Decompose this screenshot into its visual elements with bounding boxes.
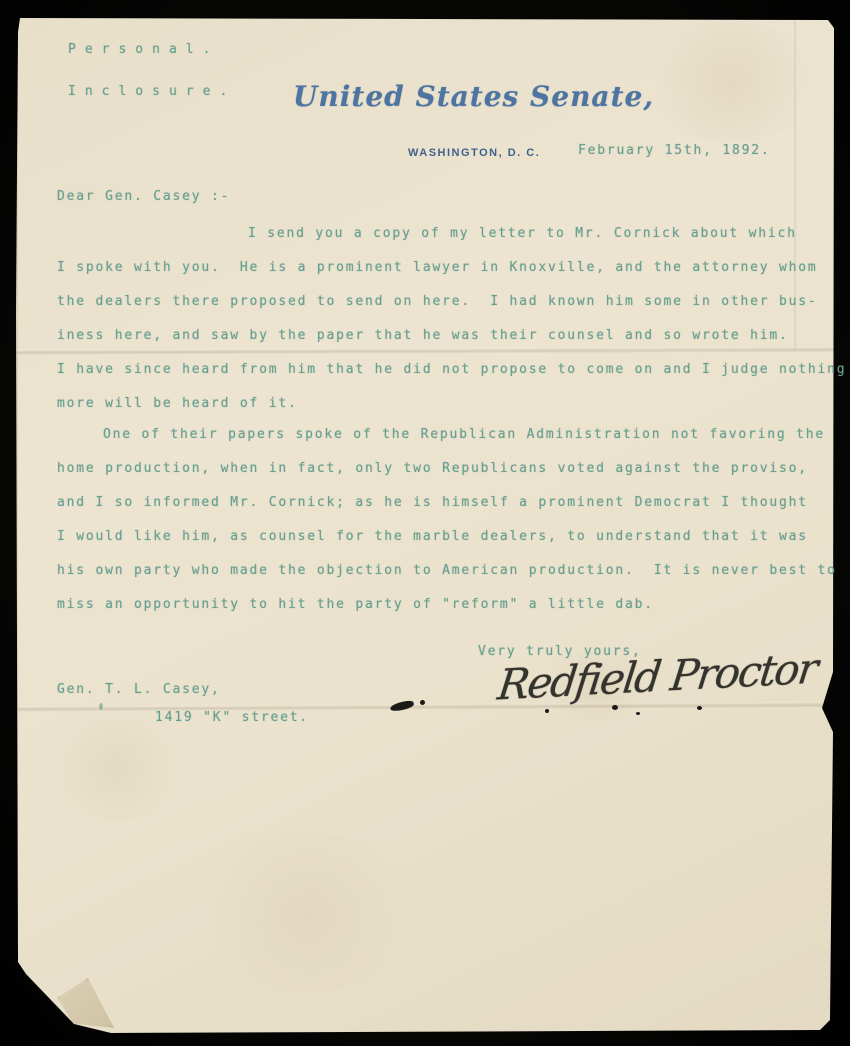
body-line: One of their papers spoke of the Republi… bbox=[103, 427, 825, 442]
ink-speck bbox=[636, 712, 640, 715]
paper-edge-toning bbox=[16, 12, 838, 1035]
annotation-personal: Personal. bbox=[68, 42, 219, 57]
body-line: miss an opportunity to hit the party of … bbox=[57, 597, 654, 612]
recipient-name: Gen. T. L. Casey, bbox=[57, 682, 221, 697]
letterhead-organization: United States Senate, bbox=[293, 80, 654, 113]
scanned-letter-page: Personal. Inclosure. United States Senat… bbox=[0, 0, 850, 1046]
fold-crease-upper bbox=[16, 347, 838, 356]
body-line: I have since heard from him that he did … bbox=[57, 362, 846, 377]
paper-stain bbox=[636, 22, 826, 142]
body-line: more will be heard of it. bbox=[57, 396, 298, 411]
body-line: the dealers there proposed to send on he… bbox=[57, 294, 818, 309]
body-line: home production, when in fact, only two … bbox=[57, 461, 808, 476]
letter-paper-sheet bbox=[16, 12, 838, 1035]
letterhead-date: February 15th, 1892. bbox=[578, 143, 771, 158]
body-line: and I so informed Mr. Cornick; as he is … bbox=[57, 495, 808, 510]
body-line: I send you a copy of my letter to Mr. Co… bbox=[248, 226, 797, 241]
ink-speck bbox=[612, 705, 618, 710]
body-line: his own party who made the objection to … bbox=[57, 563, 837, 578]
recipient-address: 1419 "K" street. bbox=[155, 710, 309, 725]
fold-crease-lower bbox=[16, 702, 838, 712]
body-line: I would like him, as counsel for the mar… bbox=[57, 529, 808, 544]
ink-speck bbox=[545, 709, 549, 713]
body-line: I spoke with you. He is a prominent lawy… bbox=[57, 260, 818, 275]
paper-stain bbox=[46, 712, 186, 822]
salutation: Dear Gen. Casey :- bbox=[57, 189, 230, 204]
paper-stain bbox=[186, 832, 426, 992]
ink-speck bbox=[420, 700, 425, 705]
annotation-inclosure: Inclosure. bbox=[68, 84, 236, 99]
ink-speck bbox=[697, 706, 702, 710]
stray-type-mark bbox=[99, 703, 103, 710]
letterhead-place: WASHINGTON, D. C. bbox=[408, 147, 540, 159]
body-line: iness here, and saw by the paper that he… bbox=[57, 328, 789, 343]
torn-corner-flap bbox=[56, 978, 114, 1030]
